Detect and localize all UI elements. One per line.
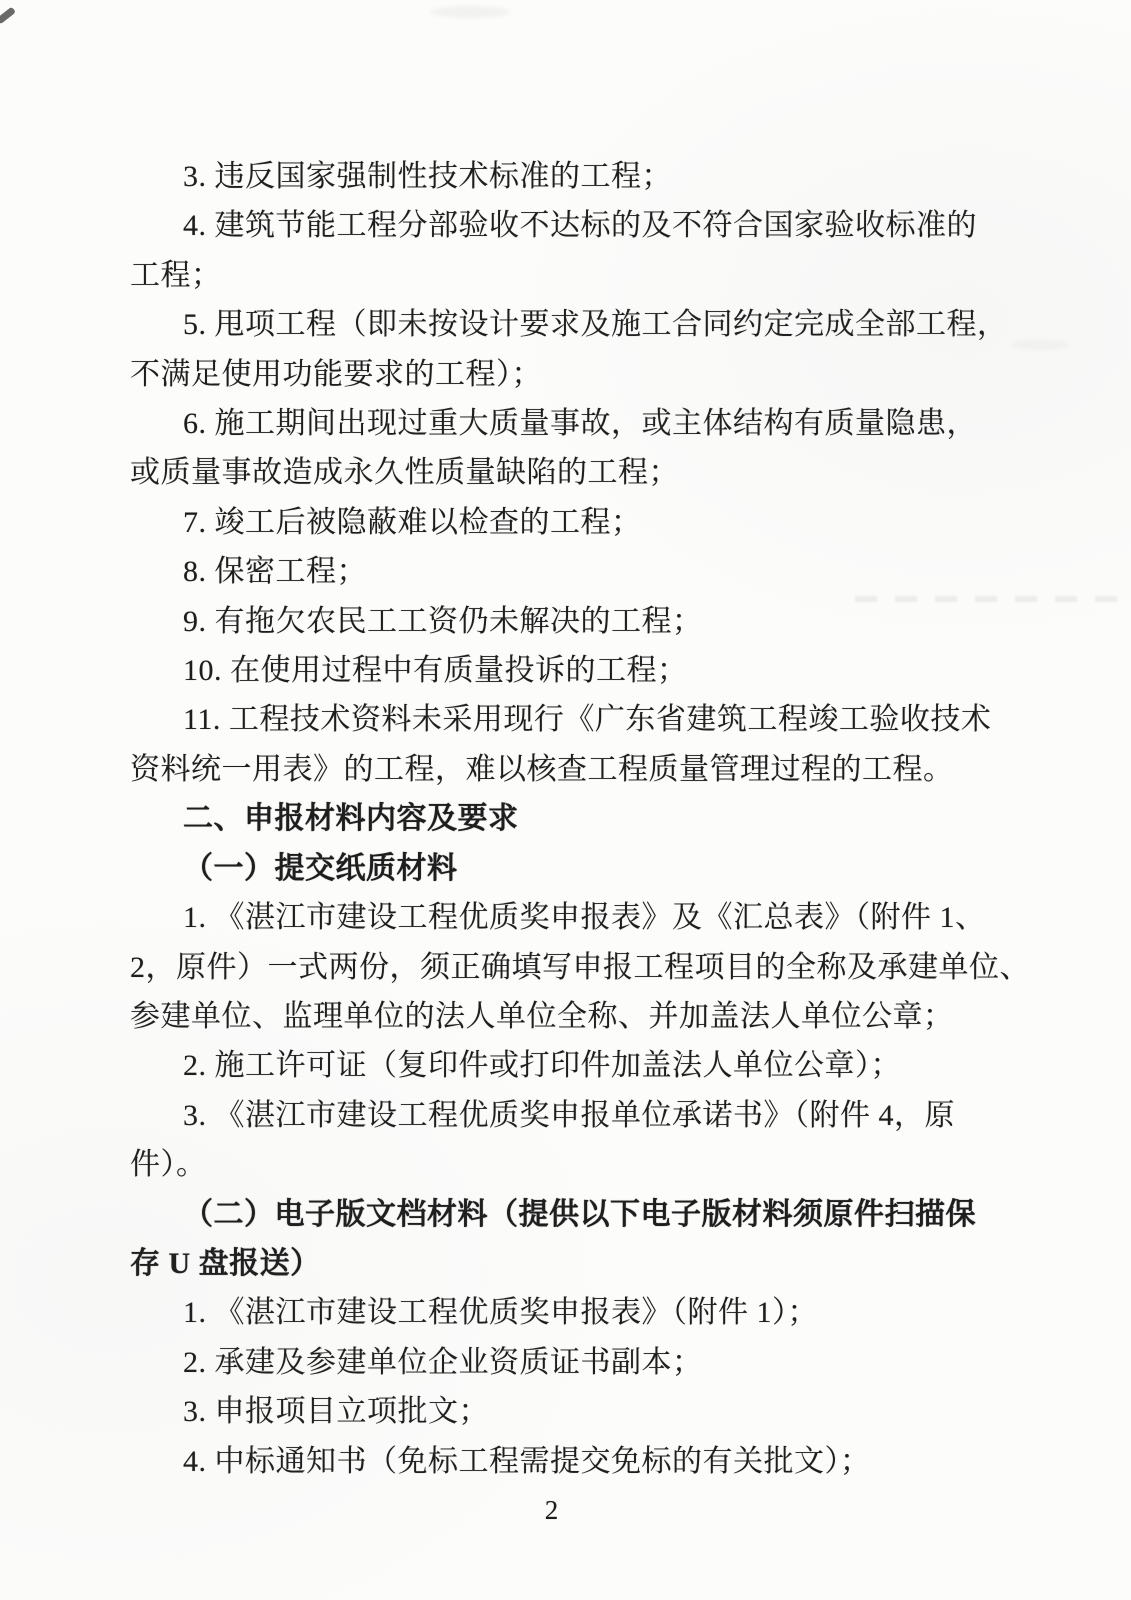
paper-materials-item-1-continuation-b: 参建单位、监理单位的法人单位全称、并加盖法人单位公章； — [130, 992, 1090, 1041]
list-item-10: 10. 在使用过程中有质量投诉的工程； — [130, 646, 1090, 695]
list-item-9: 9. 有拖欠农民工工资仍未解决的工程； — [130, 597, 1090, 646]
scan-smudge-top — [430, 6, 510, 18]
page-number: 2 — [130, 1486, 973, 1535]
paper-materials-item-1-continuation-a: 2，原件）一式两份，须正确填写申报工程项目的全称及承建单位、 — [130, 943, 1090, 992]
subsection-heading-2-1: （一）提交纸质材料 — [130, 844, 1090, 893]
list-item-8: 8. 保密工程； — [130, 547, 1090, 596]
subsection-heading-2-2: （二）电子版文档材料（提供以下电子版材料须原件扫描保 — [130, 1190, 1090, 1239]
electronic-materials-item-3: 3. 申报项目立项批文； — [130, 1387, 1090, 1436]
list-item-6: 6. 施工期间出现过重大质量事故，或主体结构有质量隐患， — [130, 399, 1090, 448]
list-item-3: 3. 违反国家强制性技术标准的工程； — [130, 152, 1090, 201]
list-item-6-continuation: 或质量事故造成永久性质量缺陷的工程； — [130, 448, 1090, 497]
section-heading-2: 二、申报材料内容及要求 — [130, 794, 1090, 843]
paper-materials-item-3-continuation: 件）。 — [130, 1140, 1090, 1189]
electronic-materials-item-4: 4. 中标通知书（免标工程需提交免标的有关批文）； — [130, 1437, 1090, 1486]
list-item-4-continuation: 工程； — [130, 251, 1090, 300]
scan-speck-corner — [0, 7, 16, 25]
document-text-block: 3. 违反国家强制性技术标准的工程； 4. 建筑节能工程分部验收不达标的及不符合… — [130, 152, 1090, 1486]
list-item-5-continuation: 不满足使用功能要求的工程）； — [130, 350, 1090, 399]
list-item-11-continuation: 资料统一用表》的工程，难以核查工程质量管理过程的工程。 — [130, 745, 1090, 794]
electronic-materials-item-2: 2. 承建及参建单位企业资质证书副本； — [130, 1338, 1090, 1387]
list-item-7: 7. 竣工后被隐蔽难以检查的工程； — [130, 498, 1090, 547]
paper-materials-item-1: 1. 《湛江市建设工程优质奖申报表》及《汇总表》（附件 1、 — [130, 893, 1090, 942]
subsection-heading-2-2-continuation: 存 U 盘报送） — [130, 1239, 1090, 1288]
list-item-4: 4. 建筑节能工程分部验收不达标的及不符合国家验收标准的 — [130, 201, 1090, 250]
paper-materials-item-3: 3. 《湛江市建设工程优质奖申报单位承诺书》（附件 4，原 — [130, 1091, 1090, 1140]
scanned-document-page: 3. 违反国家强制性技术标准的工程； 4. 建筑节能工程分部验收不达标的及不符合… — [0, 0, 1131, 1600]
paper-materials-item-2: 2. 施工许可证（复印件或打印件加盖法人单位公章）； — [130, 1041, 1090, 1090]
electronic-materials-item-1: 1. 《湛江市建设工程优质奖申报表》（附件 1）； — [130, 1288, 1090, 1337]
list-item-11: 11. 工程技术资料未采用现行《广东省建筑工程竣工验收技术 — [130, 695, 1090, 744]
list-item-5: 5. 甩项工程（即未按设计要求及施工合同约定完成全部工程， — [130, 300, 1090, 349]
